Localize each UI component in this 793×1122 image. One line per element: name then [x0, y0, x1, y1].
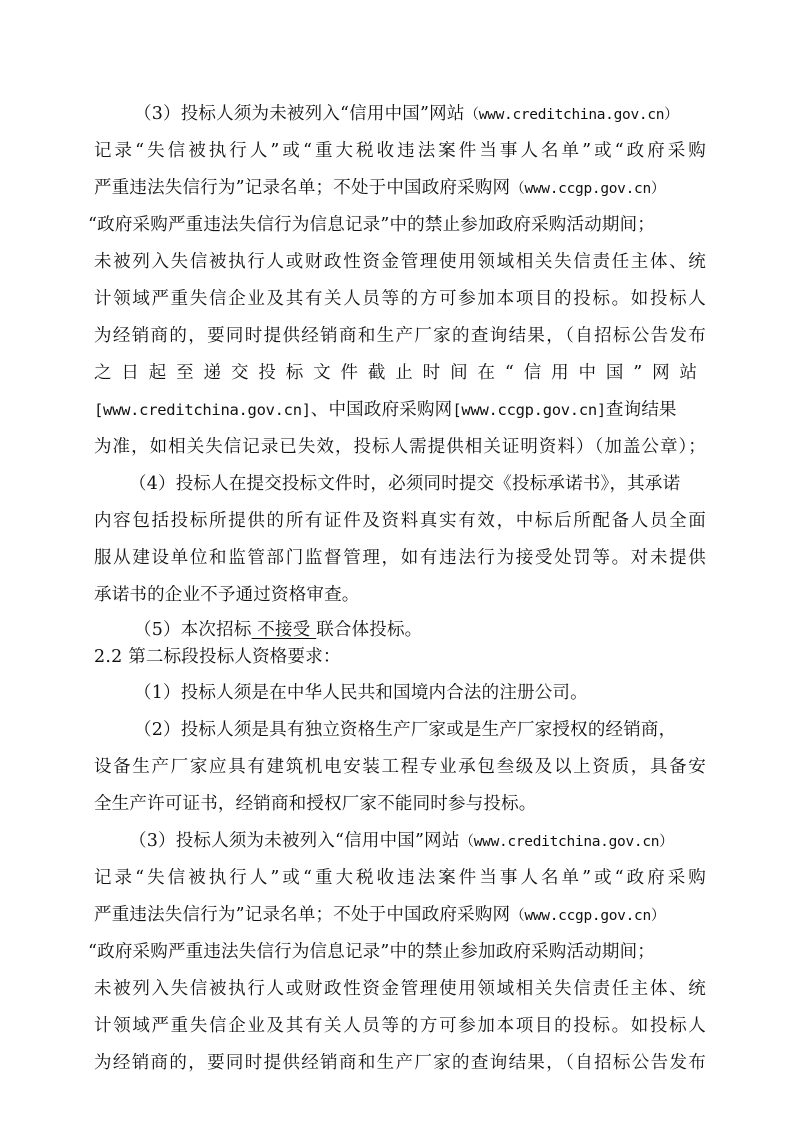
paragraph-line: （3）投标人须为未被列入“信用中国”网站（www.creditchina.gov…: [129, 829, 706, 854]
text: （3）投标人须为未被列入“信用中国”网站: [134, 104, 465, 124]
paragraph-line: “政府采购严重违法失信行为信息记录”中的禁止参加政府采购活动期间；: [88, 213, 700, 237]
document-page: （3）投标人须为未被列入“信用中国”网站（www.creditchina.gov…: [0, 0, 793, 1122]
text: 严重违法失信行为”记录名单；不处于中国政府采购网: [94, 178, 510, 198]
text: 联合体投标。: [316, 620, 422, 640]
url-text: （www.ccgp.gov.cn）: [510, 181, 665, 197]
paragraph-line: （3）投标人须为未被列入“信用中国”网站（www.creditchina.gov…: [134, 102, 706, 127]
paragraph-line: 严重违法失信行为”记录名单；不处于中国政府采购网（www.ccgp.gov.cn…: [94, 903, 706, 928]
paragraph-line: 服从建设单位和监管部门监督管理，如有违法行为接受处罚等。对未提供: [94, 546, 706, 570]
text: 查询结果: [606, 400, 677, 420]
url-text: （www.creditchina.gov.cn）: [460, 834, 674, 850]
text: （3）投标人须为未被列入“信用中国”网站: [129, 831, 460, 851]
url-text: （www.ccgp.gov.cn）: [510, 908, 665, 924]
paragraph-line: 全生产许可证书，经销商和授权厂家不能同时参与投标。: [94, 792, 706, 816]
url-text: [www.ccgp.gov.cn]: [452, 401, 606, 419]
paragraph-line: 内容包括投标所提供的所有证件及资料真实有效，中标后所配备人员全面: [94, 509, 706, 533]
paragraph-line: “政府采购严重违法失信行为信息记录”中的禁止参加政府采购活动期间；: [88, 940, 700, 964]
underlined-text: 不接受: [252, 620, 317, 640]
paragraph-line: 为经销商的，要同时提供经销商和生产厂家的查询结果，（自招标公告发布: [94, 324, 706, 348]
paragraph-line: 计领域严重失信企业及其有关人员等的方可参加本项目的投标。如投标人: [94, 287, 706, 311]
paragraph-line: 为准，如相关失信记录已失效，投标人需提供相关证明资料）（加盖公章）；: [94, 435, 706, 459]
url-text: [www.creditchina.gov.cn]: [94, 401, 311, 419]
paragraph-line: 严重违法失信行为”记录名单；不处于中国政府采购网（www.ccgp.gov.cn…: [94, 176, 706, 201]
section-heading: 2.2 第二标段投标人资格要求：: [94, 645, 706, 669]
paragraph-line: 记录“失信被执行人”或“重大税收违法案件当事人名单”或“政府采购: [94, 139, 706, 163]
text: 、中国政府采购网: [311, 400, 453, 420]
paragraph-line: （1）投标人须是在中华人民共和国境内合法的注册公司。: [134, 681, 706, 705]
paragraph-line: 承诺书的企业不予通过资格审查。: [94, 583, 706, 607]
paragraph-line: 为经销商的，要同时提供经销商和生产厂家的查询结果，（自招标公告发布: [94, 1051, 706, 1075]
url-text: （www.creditchina.gov.cn）: [465, 107, 679, 123]
paragraph-line: [www.creditchina.gov.cn]、中国政府采购网[www.ccg…: [94, 398, 706, 422]
paragraph-line: 未被列入失信被执行人或财政性资金管理使用领域相关失信责任主体、统: [94, 250, 706, 274]
paragraph-line: （4）投标人在提交投标文件时，必须同时提交《投标承诺书》，其承诺: [129, 472, 706, 496]
paragraph-line: 未被列入失信被执行人或财政性资金管理使用领域相关失信责任主体、统: [94, 977, 706, 1001]
paragraph-line: 记录“失信被执行人”或“重大税收违法案件当事人名单”或“政府采购: [94, 866, 706, 890]
text: （5）本次招标: [134, 620, 252, 640]
paragraph-line: 之日起至递交投标文件截止时间在“信用中国”网站: [94, 361, 706, 385]
paragraph-line: 计领域严重失信企业及其有关人员等的方可参加本项目的投标。如投标人: [94, 1014, 706, 1038]
paragraph-line: 设备生产厂家应具有建筑机电安装工程专业承包叁级及以上资质，具备安: [94, 755, 706, 779]
paragraph-line: （2）投标人须是具有独立资格生产厂家或是生产厂家授权的经销商，: [134, 718, 706, 742]
paragraph-line: （5）本次招标 不接受 联合体投标。: [134, 618, 706, 642]
text: 严重违法失信行为”记录名单；不处于中国政府采购网: [94, 905, 510, 925]
